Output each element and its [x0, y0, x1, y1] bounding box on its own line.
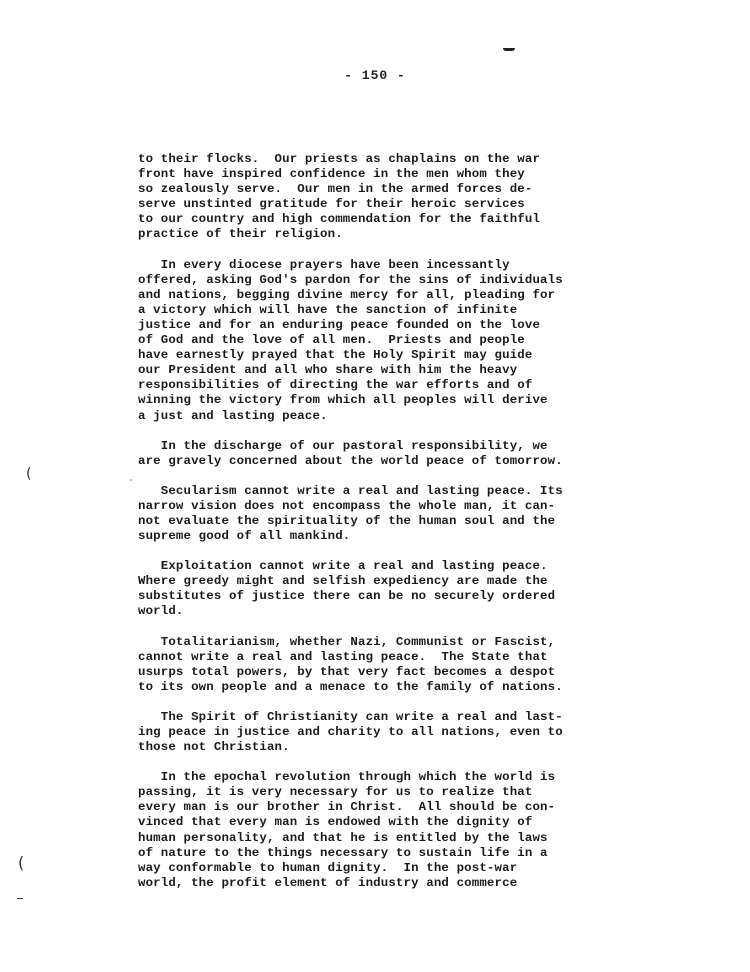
text-line: In the discharge of our pastoral respons…: [138, 439, 638, 454]
scan-mark: [503, 48, 515, 51]
text-line: world.: [138, 604, 638, 619]
text-line: Exploitation cannot write a real and las…: [138, 559, 638, 574]
text-line: justice and for an enduring peace founde…: [138, 318, 638, 333]
paragraph: Totalitarianism, whether Nazi, Communist…: [138, 635, 638, 695]
text-line: way conformable to human dignity. In the…: [138, 861, 638, 876]
text-line: In the epochal revolution through which …: [138, 770, 638, 785]
paragraph: In the epochal revolution through which …: [138, 770, 638, 891]
text-line: In every diocese prayers have been inces…: [138, 258, 638, 273]
margin-mark-paren: (: [26, 466, 31, 482]
text-line: Secularism cannot write a real and lasti…: [138, 484, 638, 499]
text-line: to their flocks. Our priests as chaplain…: [138, 152, 638, 167]
paragraph: Secularism cannot write a real and lasti…: [138, 484, 638, 544]
margin-mark-tick: ': [130, 478, 132, 487]
text-line: of nature to the things necessary to sus…: [138, 846, 638, 861]
text-line: offered, asking God's pardon for the sin…: [138, 273, 638, 288]
text-line: vinced that every man is endowed with th…: [138, 815, 638, 830]
text-line: our President and all who share with him…: [138, 363, 638, 378]
page-number: - 150 -: [0, 68, 750, 83]
text-line: world, the profit element of industry an…: [138, 876, 638, 891]
document-body: to their flocks. Our priests as chaplain…: [138, 152, 638, 906]
paragraph: to their flocks. Our priests as chaplain…: [138, 152, 638, 243]
text-line: front have inspired confidence in the me…: [138, 167, 638, 182]
paragraph: Exploitation cannot write a real and las…: [138, 559, 638, 619]
text-line: a victory which will have the sanction o…: [138, 303, 638, 318]
text-line: not evaluate the spirituality of the hum…: [138, 514, 638, 529]
text-line: The Spirit of Christianity can write a r…: [138, 710, 638, 725]
text-line: so zealously serve. Our men in the armed…: [138, 182, 638, 197]
text-line: to our country and high commendation for…: [138, 212, 638, 227]
text-line: have earnestly prayed that the Holy Spir…: [138, 348, 638, 363]
paragraph: In the discharge of our pastoral respons…: [138, 439, 638, 469]
text-line: Totalitarianism, whether Nazi, Communist…: [138, 635, 638, 650]
text-line: serve unstinted gratitude for their hero…: [138, 197, 638, 212]
text-line: and nations, begging divine mercy for al…: [138, 288, 638, 303]
text-line: of God and the love of all men. Priests …: [138, 333, 638, 348]
text-line: passing, it is very necessary for us to …: [138, 785, 638, 800]
margin-mark-dash: [17, 898, 23, 899]
text-line: substitutes of justice there can be no s…: [138, 589, 638, 604]
text-line: ing peace in justice and charity to all …: [138, 725, 638, 740]
text-line: practice of their religion.: [138, 227, 638, 242]
text-line: Where greedy might and selfish expedienc…: [138, 574, 638, 589]
text-line: a just and lasting peace.: [138, 409, 638, 424]
text-line: responsibilities of directing the war ef…: [138, 378, 638, 393]
paragraph: In every diocese prayers have been inces…: [138, 258, 638, 424]
text-line: to its own people and a menace to the fa…: [138, 680, 638, 695]
text-line: usurps total powers, by that very fact b…: [138, 665, 638, 680]
paragraph: The Spirit of Christianity can write a r…: [138, 710, 638, 755]
text-line: every man is our brother in Christ. All …: [138, 800, 638, 815]
document-page: - 150 - ( ' ( to their flocks. Our pries…: [0, 0, 750, 972]
margin-mark-paren: (: [18, 853, 24, 872]
text-line: are gravely concerned about the world pe…: [138, 454, 638, 469]
text-line: human personality, and that he is entitl…: [138, 831, 638, 846]
text-line: those not Christian.: [138, 740, 638, 755]
text-line: winning the victory from which all peopl…: [138, 393, 638, 408]
text-line: supreme good of all mankind.: [138, 529, 638, 544]
text-line: cannot write a real and lasting peace. T…: [138, 650, 638, 665]
text-line: narrow vision does not encompass the who…: [138, 499, 638, 514]
